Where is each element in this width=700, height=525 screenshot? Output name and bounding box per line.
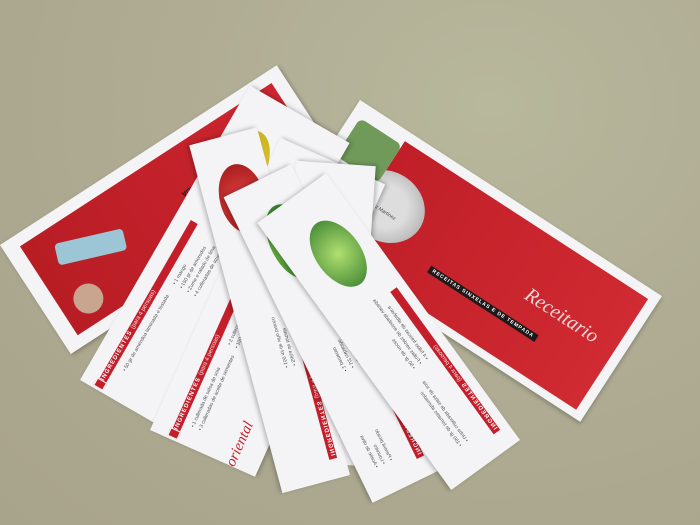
recipe-title: oriental [223, 419, 258, 469]
ingredient-list-2: Perexil picado Loureiro Aceite de oliva [357, 427, 394, 469]
ingredient-item: Follas verdes de ensalada variada [370, 298, 423, 367]
photo-scene: CONCELLO DE A GUARDA Textos: Concello da… [0, 0, 700, 525]
ingredient-item: 150 gr de tomates afumados [413, 384, 463, 449]
